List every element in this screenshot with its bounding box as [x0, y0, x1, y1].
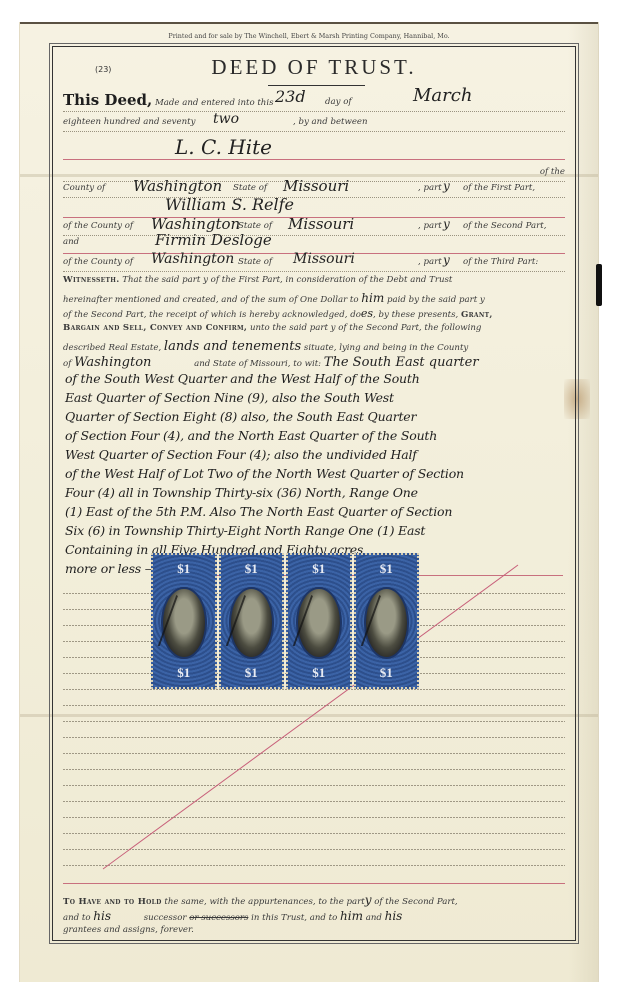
revenue-stamp: $1 $1 — [219, 553, 285, 689]
revenue-stamp: $1 $1 — [354, 553, 420, 689]
habendum-line-3: grantees and assigns, forever. — [63, 925, 565, 939]
habendum-heading: To Have and to Hold — [63, 897, 162, 907]
habendum-line-1: To Have and to Hold the same, with the a… — [63, 893, 565, 907]
printer-credit: Printed and for sale by The Winchell, Eb… — [20, 32, 598, 40]
struck-text: or successors — [189, 913, 248, 923]
revenue-stamp: $1 $1 — [286, 553, 352, 689]
edge-tear — [596, 264, 602, 306]
revenue-stamp: $1 $1 — [151, 553, 217, 689]
diagonal-cancel-line — [53, 47, 575, 940]
form-frame: (23) DEED OF TRUST. This Deed, Made and … — [52, 46, 576, 941]
deed-sheet: Printed and for sale by The Winchell, Eb… — [20, 22, 598, 982]
habendum-line-2: and to his successor or successors in th… — [63, 909, 565, 923]
revenue-stamp-strip: $1 $1 $1 $1 $1 $1 $1 $1 — [151, 553, 419, 689]
